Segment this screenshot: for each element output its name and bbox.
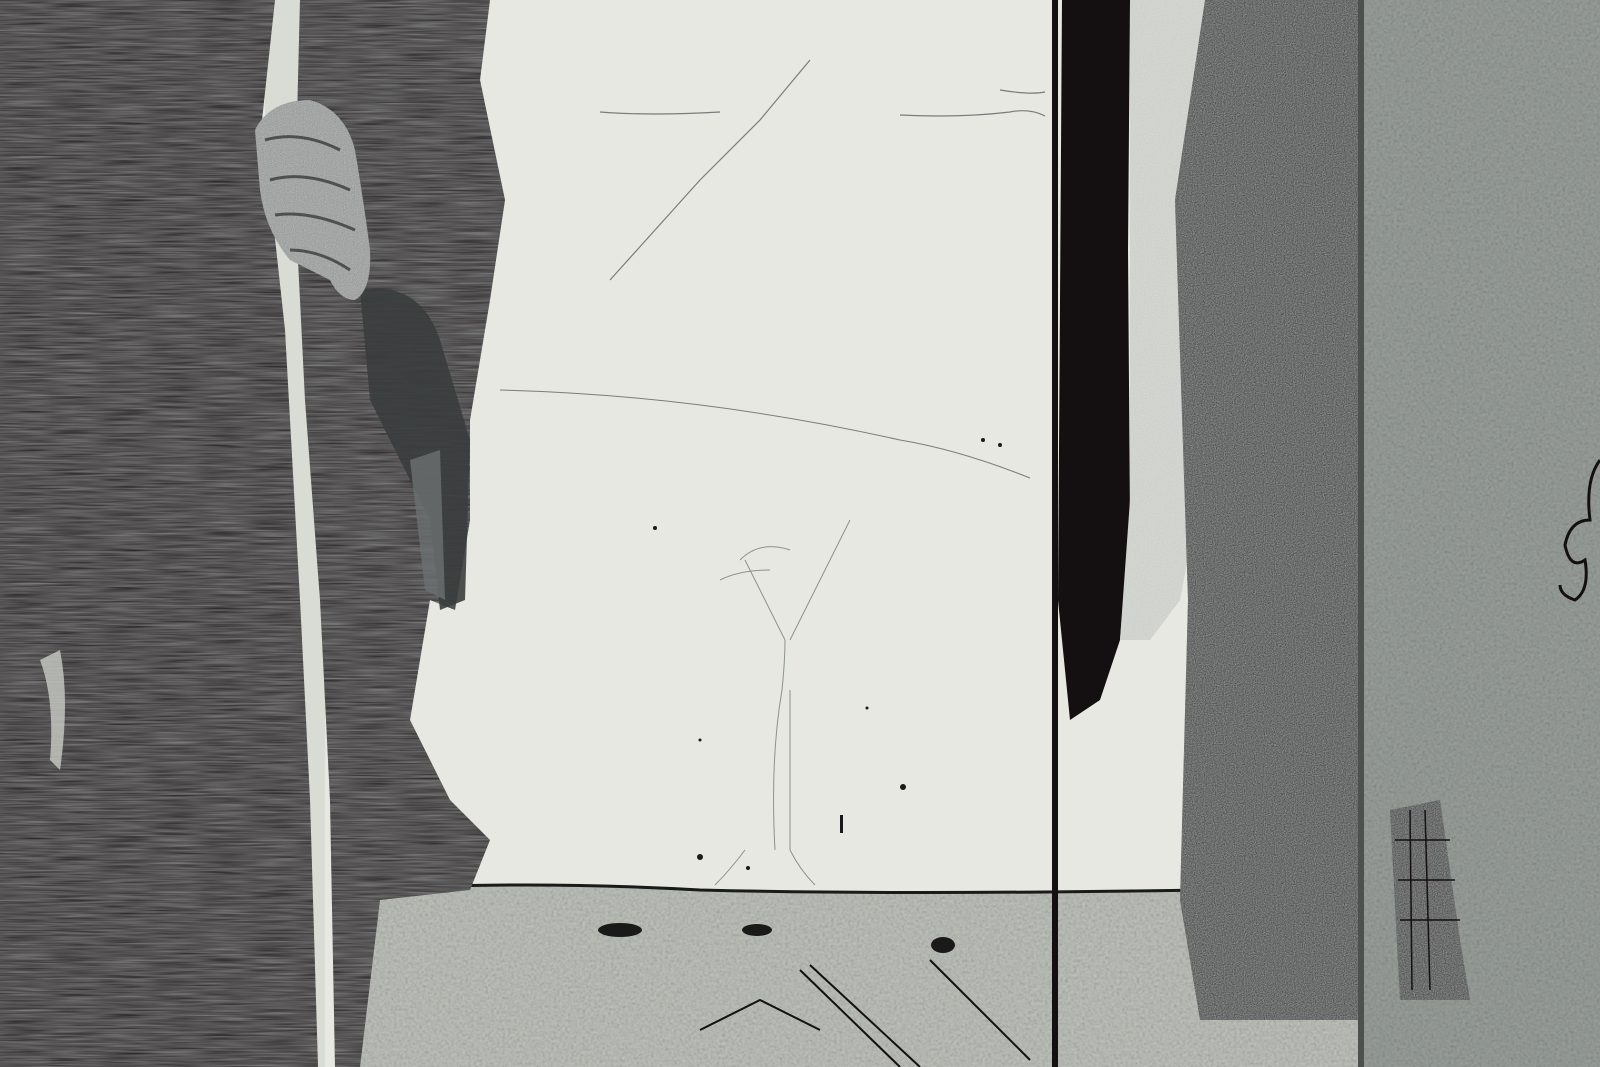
dark-pillar <box>1175 0 1370 1020</box>
etching-artwork <box>0 0 1600 1067</box>
etching-scene <box>0 0 1600 1067</box>
textured-wall <box>1358 0 1600 1067</box>
